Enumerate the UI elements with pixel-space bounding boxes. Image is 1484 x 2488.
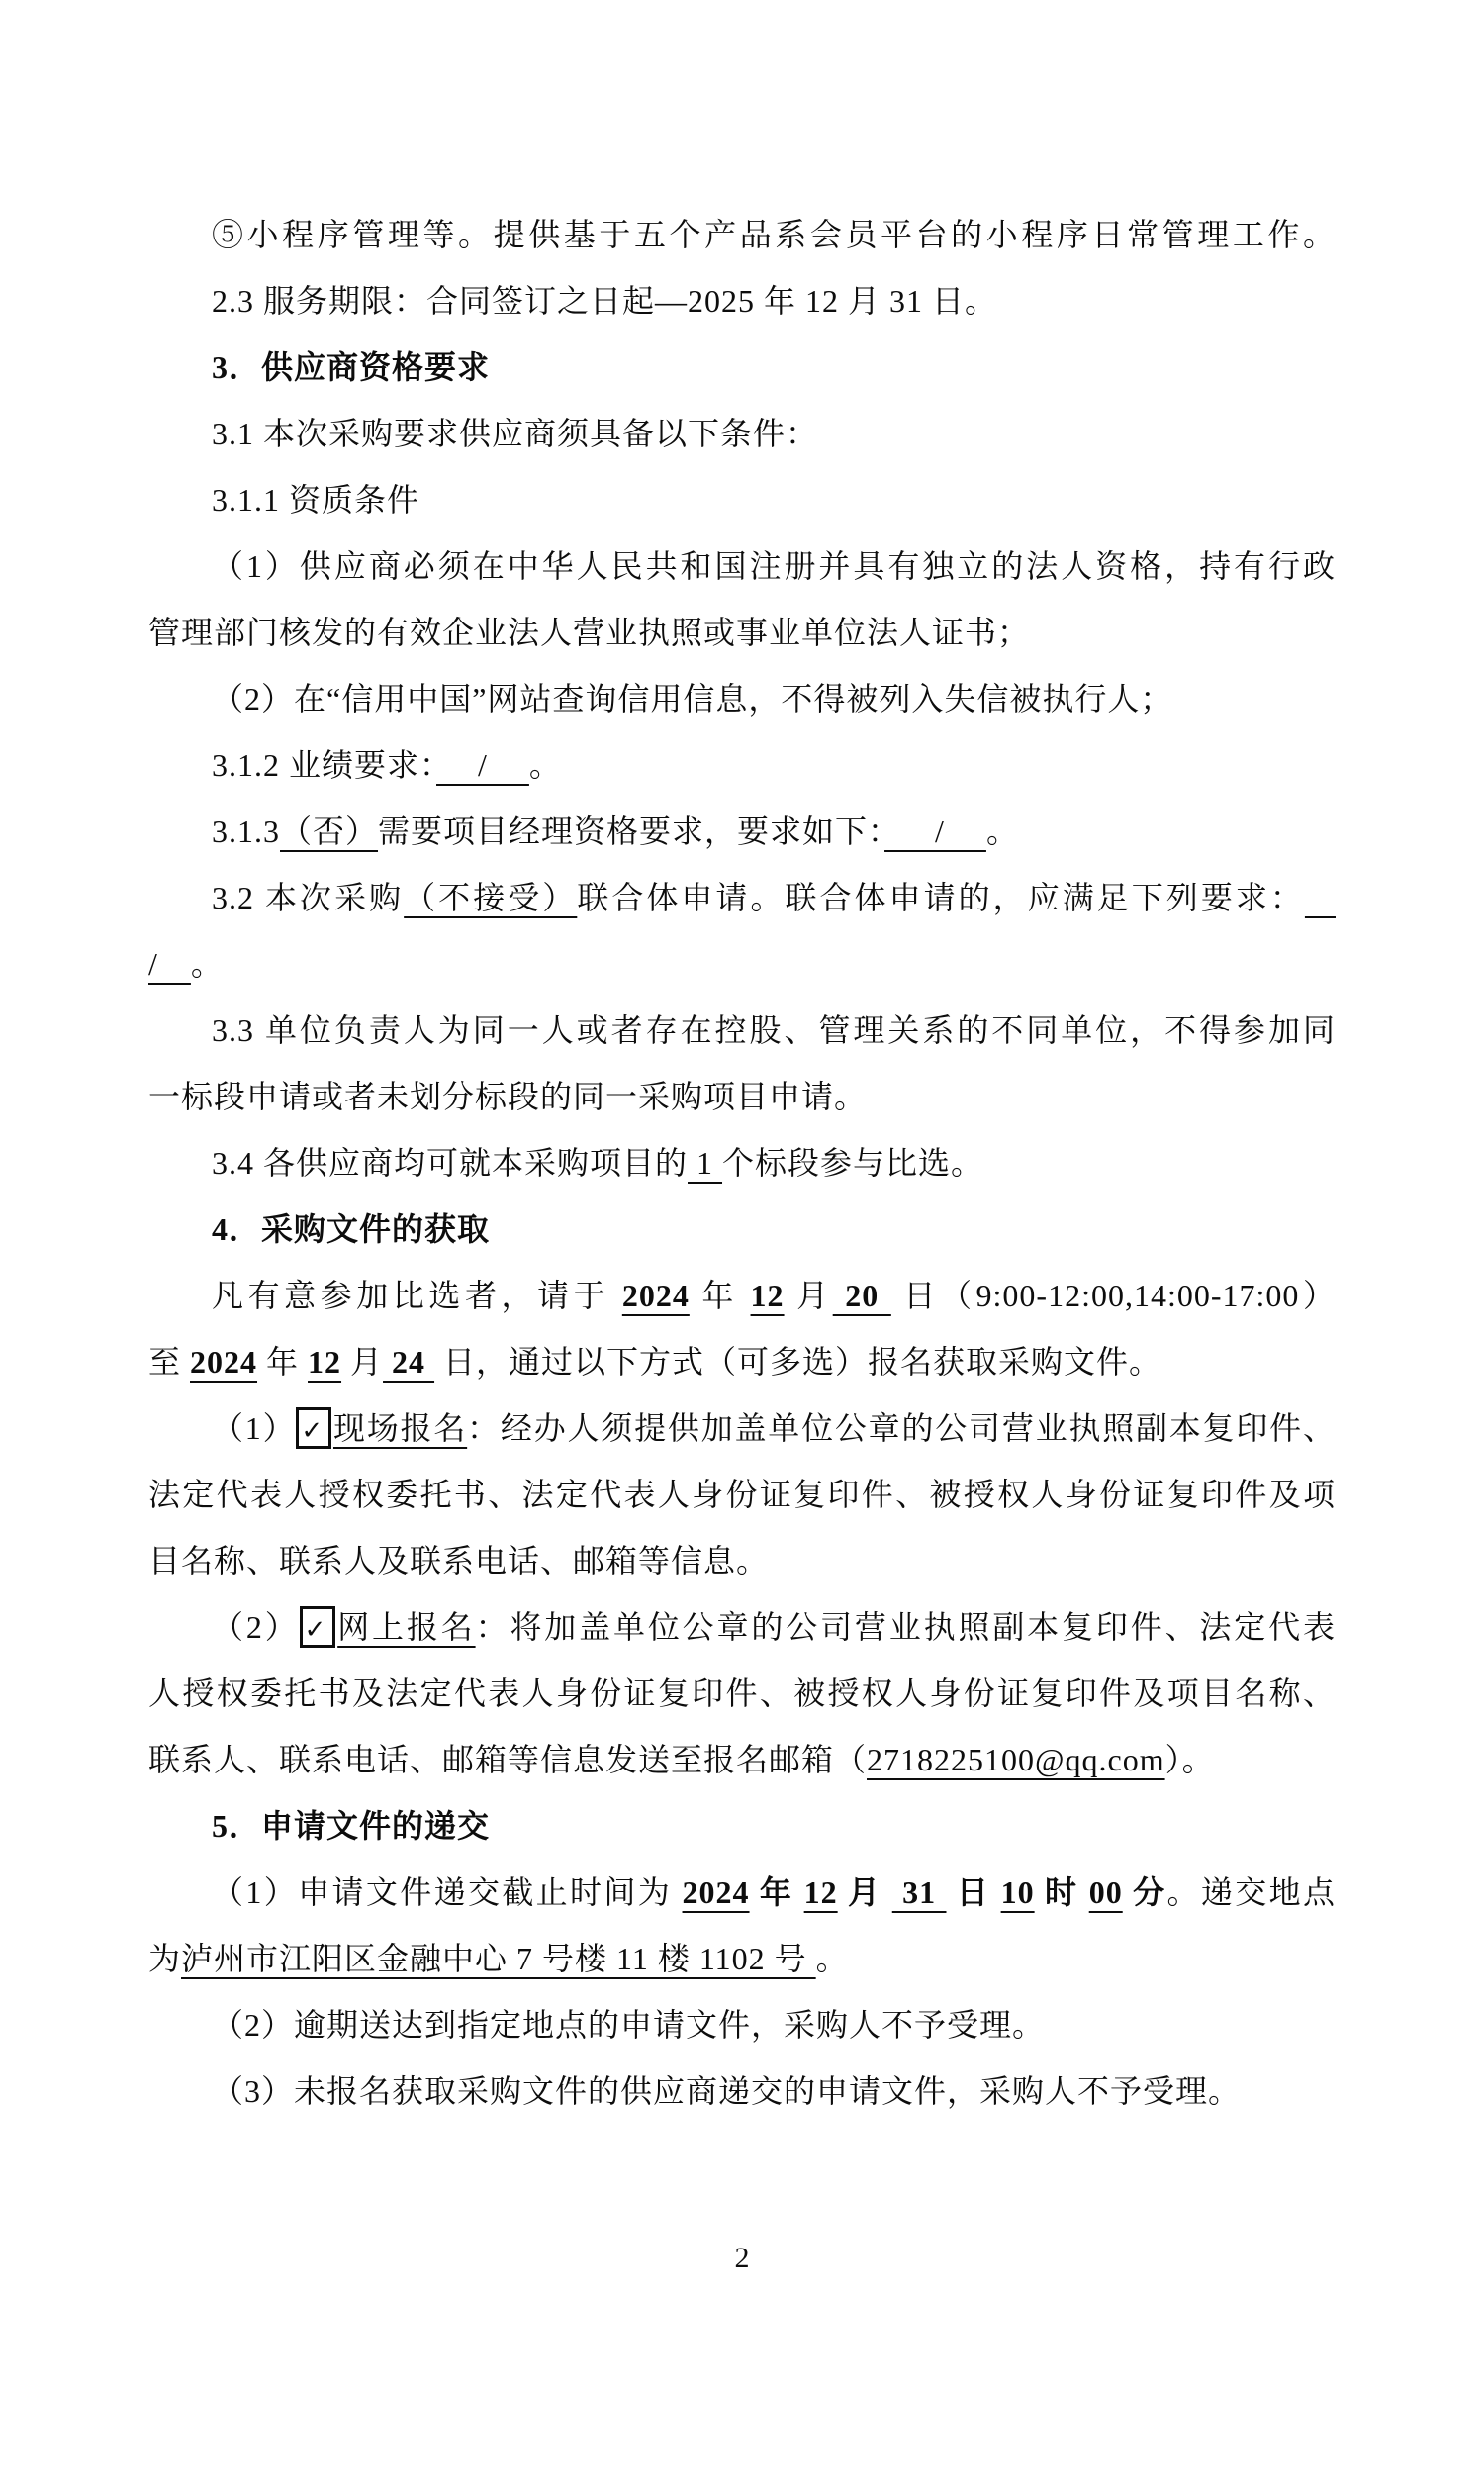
clause-3-2: 3.2 本次采购（不接受）联合体申请。联合体申请的，应满足下列要求： <box>148 865 1336 931</box>
text-run: 至 <box>148 1344 190 1380</box>
checked-checkbox-icon: ✓ <box>300 1609 338 1645</box>
clause-3-3-cont: 一标段申请或者未划分标段的同一采购项目申请。 <box>148 1064 1336 1130</box>
text-run: 目名称、联系人及联系电话、邮箱等信息。 <box>148 1543 769 1579</box>
intro-item-5: ⑤小程序管理等。提供基于五个产品系会员平台的小程序日常管理工作。 <box>148 202 1336 268</box>
clause-4-item-1: （1）✓现场报名：经办人须提供加盖单位公章的公司营业执照副本复印件、 <box>148 1395 1336 1462</box>
clause-4-item-2: （2）✓网上报名：将加盖单位公章的公司营业执照副本复印件、法定代表 <box>148 1594 1336 1661</box>
text-run: 10 <box>1001 1874 1035 1910</box>
text-run: （2）在“信用中国”网站查询信用信息，不得被列入失信被执行人； <box>212 681 1172 717</box>
text-run: 为 <box>148 1941 181 1976</box>
text-run: 。 <box>816 1941 849 1976</box>
registration-email: 2718225100@qq.com <box>867 1742 1165 1777</box>
text-run: 20 <box>833 1278 891 1313</box>
text-run: 31 <box>892 1874 947 1910</box>
checked-checkbox-icon: ✓ <box>300 1606 336 1648</box>
clause-3-2-cont: / 。 <box>148 931 1336 998</box>
text-run: ：经办人须提供加盖单位公章的公司营业执照副本复印件、 <box>467 1410 1336 1446</box>
clause-3-1-1: 3.1.1 资质条件 <box>148 467 1336 533</box>
text-run: 3.4 各供应商均可就本采购项目的 <box>212 1145 688 1181</box>
submission-address: 泸州市江阳区金融中心 7 号楼 11 楼 1102 号 <box>181 1941 816 1976</box>
clause-4-intro-cont: 至 2024 年 12 月 24 日，通过以下方式（可多选）报名获取采购文件。 <box>148 1329 1336 1395</box>
text-run: / <box>884 813 986 849</box>
text-run: 2.3 服务期限：合同签订之日起—2025 年 12 月 31 日。 <box>212 283 997 319</box>
text-run: 。递交地点 <box>1166 1874 1335 1910</box>
clause-4-item-2-cont-1: 人授权委托书及法定代表人身份证复印件、被授权人身份证复印件及项目名称、 <box>148 1661 1336 1727</box>
text-run: 12 <box>804 1874 838 1910</box>
text-run: 12 <box>751 1278 785 1313</box>
text-run: （不接受） <box>404 880 577 915</box>
text-run: / <box>148 946 191 982</box>
clause-3-1-1-item-2: （2）在“信用中国”网站查询信用信息，不得被列入失信被执行人； <box>148 666 1336 732</box>
text-run: 3.1.1 资质条件 <box>212 482 419 518</box>
text-run: ）。 <box>1165 1742 1215 1777</box>
text-run <box>1305 880 1336 915</box>
checked-checkbox-icon: ✓ <box>296 1407 331 1449</box>
text-run: 日，通过以下方式（可多选）报名获取采购文件。 <box>434 1344 1161 1380</box>
text-run: ：将加盖单位公章的公司营业执照副本复印件、法定代表 <box>476 1609 1336 1645</box>
text-run: 3.2 本次采购 <box>212 880 404 915</box>
text-run: 凡有意参加比选者，请于 <box>212 1278 622 1313</box>
check-mark-icon: ✓ <box>305 1615 329 1645</box>
document-page: ⑤小程序管理等。提供基于五个产品系会员平台的小程序日常管理工作。2.3 服务期限… <box>148 202 1336 2125</box>
text-run: （2） <box>212 1609 300 1645</box>
text-run: 2024 <box>622 1278 690 1313</box>
service-period: 2.3 服务期限：合同签订之日起—2025 年 12 月 31 日。 <box>148 268 1336 335</box>
check-mark-icon: ✓ <box>301 1416 325 1446</box>
clause-3-1-2: 3.1.2 业绩要求： / 。 <box>148 732 1336 799</box>
text-run: 管理部门核发的有效企业法人营业执照或事业单位法人证书； <box>148 615 1030 650</box>
text-run: 联合体申请。联合体申请的，应满足下列要求： <box>577 880 1305 915</box>
text-run: 5．申请文件的递交 <box>212 1808 490 1844</box>
text-run: 月 <box>341 1344 383 1380</box>
text-run: （3）未报名获取采购文件的供应商递交的申请文件，采购人不予受理。 <box>212 2073 1241 2109</box>
text-run: （1）供应商必须在中华人民共和国注册并具有独立的法人资格，持有行政 <box>212 548 1336 584</box>
clause-3-4: 3.4 各供应商均可就本采购项目的 1 个标段参与比选。 <box>148 1130 1336 1196</box>
text-run: （否） <box>280 813 378 849</box>
text-run: 12 <box>308 1344 341 1380</box>
text-run: 时 <box>1035 1874 1089 1910</box>
heading-4: 4．采购文件的获取 <box>148 1196 1336 1263</box>
text-run: 2024 <box>683 1874 750 1910</box>
text-run: 一标段申请或者未划分标段的同一采购项目申请。 <box>148 1079 867 1114</box>
text-run: 00 <box>1089 1874 1123 1910</box>
text-run: 法定代表人授权委托书、法定代表人身份证复印件、被授权人身份证复印件及项 <box>148 1477 1336 1512</box>
text-run: 。 <box>986 813 1019 849</box>
clause-5-item-1: （1）申请文件递交截止时间为 2024 年 12 月 31 日 10 时 00 … <box>148 1860 1336 1926</box>
clause-4-item-1-cont-2: 目名称、联系人及联系电话、邮箱等信息。 <box>148 1528 1336 1594</box>
text-run: / <box>436 747 529 783</box>
text-run: 分 <box>1123 1874 1167 1910</box>
clause-4-intro: 凡有意参加比选者，请于 2024 年 12 月 20 日（9:00-12:00,… <box>148 1263 1336 1329</box>
text-run: 3.1.3 <box>212 813 280 849</box>
clause-3-1-1-item-1-cont: 管理部门核发的有效企业法人营业执照或事业单位法人证书； <box>148 600 1336 666</box>
clause-5-item-3: （3）未报名获取采购文件的供应商递交的申请文件，采购人不予受理。 <box>148 2058 1336 2125</box>
clause-5-item-1-cont: 为泸州市江阳区金融中心 7 号楼 11 楼 1102 号 。 <box>148 1926 1336 1992</box>
text-run: 联系人、联系电话、邮箱等信息发送至报名邮箱（ <box>148 1742 867 1777</box>
text-run: 24 <box>383 1344 434 1380</box>
text-run: 日 <box>947 1874 1001 1910</box>
text-run: 需要项目经理资格要求，要求如下： <box>378 813 884 849</box>
text-run: 月 <box>838 1874 892 1910</box>
clause-5-item-2: （2）逾期送达到指定地点的申请文件，采购人不予受理。 <box>148 1992 1336 2058</box>
text-run: 3.1 本次采购要求供应商须具备以下条件： <box>212 416 818 451</box>
text-run: 2024 <box>190 1344 257 1380</box>
page-number: 2 <box>0 2225 1484 2291</box>
text-run: 3.1.2 业绩要求： <box>212 747 436 783</box>
text-run: 月 <box>785 1278 833 1313</box>
text-run: 人授权委托书及法定代表人身份证复印件、被授权人身份证复印件及项目名称、 <box>148 1675 1336 1711</box>
text-run: ⑤小程序管理等。提供基于五个产品系会员平台的小程序日常管理工作。 <box>212 217 1336 252</box>
clause-4-item-2-cont-2: 联系人、联系电话、邮箱等信息发送至报名邮箱（2718225100@qq.com）… <box>148 1727 1336 1793</box>
heading-5: 5．申请文件的递交 <box>148 1793 1336 1860</box>
text-run: 。 <box>191 946 224 982</box>
clause-3-1: 3.1 本次采购要求供应商须具备以下条件： <box>148 401 1336 467</box>
text-run: 3.3 单位负责人为同一人或者存在控股、管理关系的不同单位，不得参加同 <box>212 1012 1336 1048</box>
onsite-registration-label: 现场报名 <box>333 1410 467 1446</box>
checked-checkbox-icon: ✓ <box>296 1410 333 1446</box>
text-run: 个标段参与比选。 <box>722 1145 983 1181</box>
online-registration-label: 网上报名 <box>337 1609 475 1645</box>
text-run: 年 <box>750 1874 804 1910</box>
clause-3-1-1-item-1: （1）供应商必须在中华人民共和国注册并具有独立的法人资格，持有行政 <box>148 533 1336 600</box>
text-run: （1）申请文件递交截止时间为 <box>212 1874 683 1910</box>
heading-3: 3．供应商资格要求 <box>148 335 1336 401</box>
text-run: 年 <box>690 1278 751 1313</box>
clause-3-3: 3.3 单位负责人为同一人或者存在控股、管理关系的不同单位，不得参加同 <box>148 998 1336 1064</box>
clause-3-1-3: 3.1.3（否）需要项目经理资格要求，要求如下： / 。 <box>148 799 1336 865</box>
text-run: 。 <box>529 747 562 783</box>
text-run: 4．采购文件的获取 <box>212 1211 490 1247</box>
text-run: 日（9:00-12:00,14:00-17:00） <box>891 1278 1336 1313</box>
clause-4-item-1-cont-1: 法定代表人授权委托书、法定代表人身份证复印件、被授权人身份证复印件及项 <box>148 1462 1336 1528</box>
text-run: （1） <box>212 1410 296 1446</box>
text-run: （2）逾期送达到指定地点的申请文件，采购人不予受理。 <box>212 2007 1045 2043</box>
text-run: 年 <box>257 1344 308 1380</box>
text-run: 1 <box>688 1145 722 1181</box>
text-run: 3．供应商资格要求 <box>212 349 490 385</box>
